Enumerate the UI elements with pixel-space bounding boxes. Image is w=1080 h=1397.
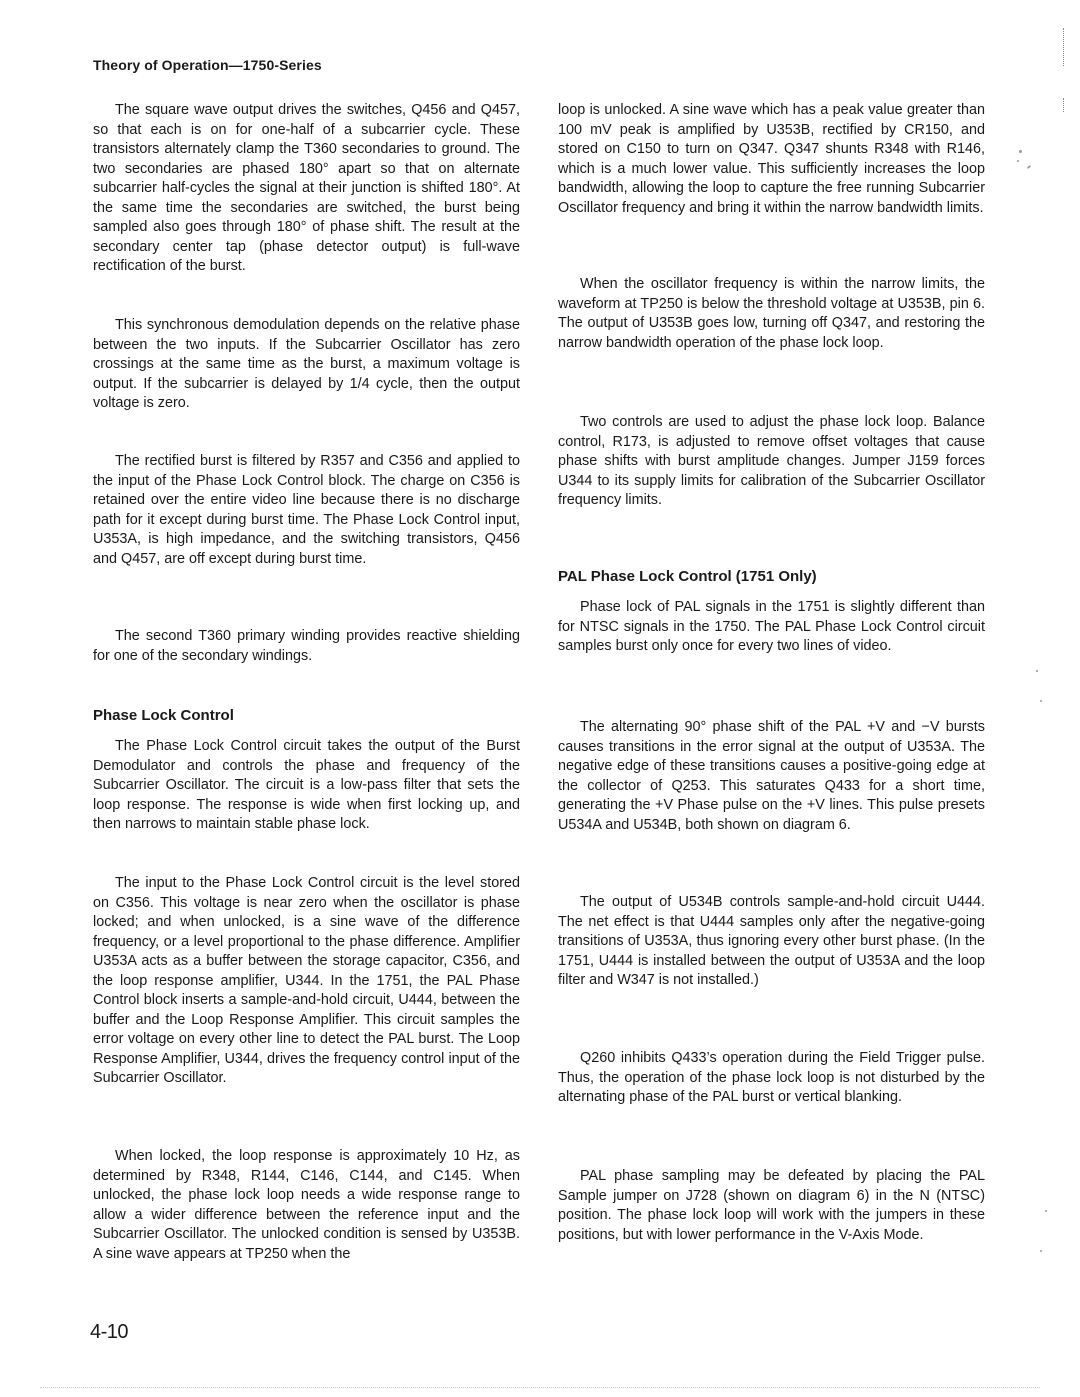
paragraph-text: When locked, the loop response is approx…: [93, 1147, 520, 1264]
scan-artifact: [1017, 160, 1019, 162]
paragraph-text: loop is unlocked. A sine wave which has …: [558, 101, 985, 218]
paragraph: Two controls are used to adjust the phas…: [558, 413, 985, 511]
paragraph-text: PAL phase sampling may be defeated by pl…: [558, 1167, 985, 1245]
paragraph-text: The output of U534B controls sample-and-…: [558, 893, 985, 991]
scan-artifact: [1036, 670, 1038, 672]
paragraph-text: When the oscillator frequency is within …: [558, 275, 985, 353]
section-heading: Phase Lock Control: [93, 706, 520, 726]
scan-artifact: [1045, 1210, 1047, 1212]
paragraph: When locked, the loop response is approx…: [93, 1147, 520, 1264]
scan-artifact: [1019, 150, 1022, 153]
paragraph-text: The input to the Phase Lock Control circ…: [93, 874, 520, 1089]
scan-artifact: [1063, 98, 1064, 112]
running-head: Theory of Operation—1750-Series: [93, 57, 322, 73]
paragraph: Q260 inhibits Q433’s operation during th…: [558, 1049, 985, 1108]
paragraph-text: This synchronous demodulation depends on…: [93, 316, 520, 414]
scan-artifact: [1027, 165, 1031, 169]
scan-artifact: [40, 1387, 1040, 1389]
paragraph: The rectified burst is filtered by R357 …: [93, 452, 520, 569]
paragraph: loop is unlocked. A sine wave which has …: [558, 101, 985, 218]
paragraph: The input to the Phase Lock Control circ…: [93, 874, 520, 1089]
paragraph: PAL phase sampling may be defeated by pl…: [558, 1167, 985, 1245]
paragraph-text: The alternating 90° phase shift of the P…: [558, 718, 985, 835]
paragraph: The Phase Lock Control circuit takes the…: [93, 737, 520, 835]
scan-artifact: [1040, 1250, 1042, 1252]
section-heading: PAL Phase Lock Control (1751 Only): [558, 567, 985, 587]
paragraph: The second T360 primary winding provides…: [93, 627, 520, 666]
page-number: 4-10: [90, 1321, 128, 1344]
scan-artifact: [1063, 28, 1064, 66]
paragraph-text: The rectified burst is filtered by R357 …: [93, 452, 520, 569]
paragraph: The output of U534B controls sample-and-…: [558, 893, 985, 991]
paragraph-text: Two controls are used to adjust the phas…: [558, 413, 985, 511]
paragraph-text: The Phase Lock Control circuit takes the…: [93, 737, 520, 835]
paragraph: The alternating 90° phase shift of the P…: [558, 718, 985, 835]
scan-artifact: [1040, 700, 1042, 702]
paragraph: This synchronous demodulation depends on…: [93, 316, 520, 414]
paragraph: The square wave output drives the switch…: [93, 101, 520, 277]
paragraph: Phase lock of PAL signals in the 1751 is…: [558, 598, 985, 657]
paragraph-text: The second T360 primary winding provides…: [93, 627, 520, 666]
paragraph-text: The square wave output drives the switch…: [93, 101, 520, 277]
heading-pal-phase-lock-control: PAL Phase Lock Control (1751 Only): [558, 567, 985, 587]
paragraph: When the oscillator frequency is within …: [558, 275, 985, 353]
heading-phase-lock-control: Phase Lock Control: [93, 706, 520, 726]
paragraph-text: Phase lock of PAL signals in the 1751 is…: [558, 598, 985, 657]
paragraph-text: Q260 inhibits Q433’s operation during th…: [558, 1049, 985, 1108]
